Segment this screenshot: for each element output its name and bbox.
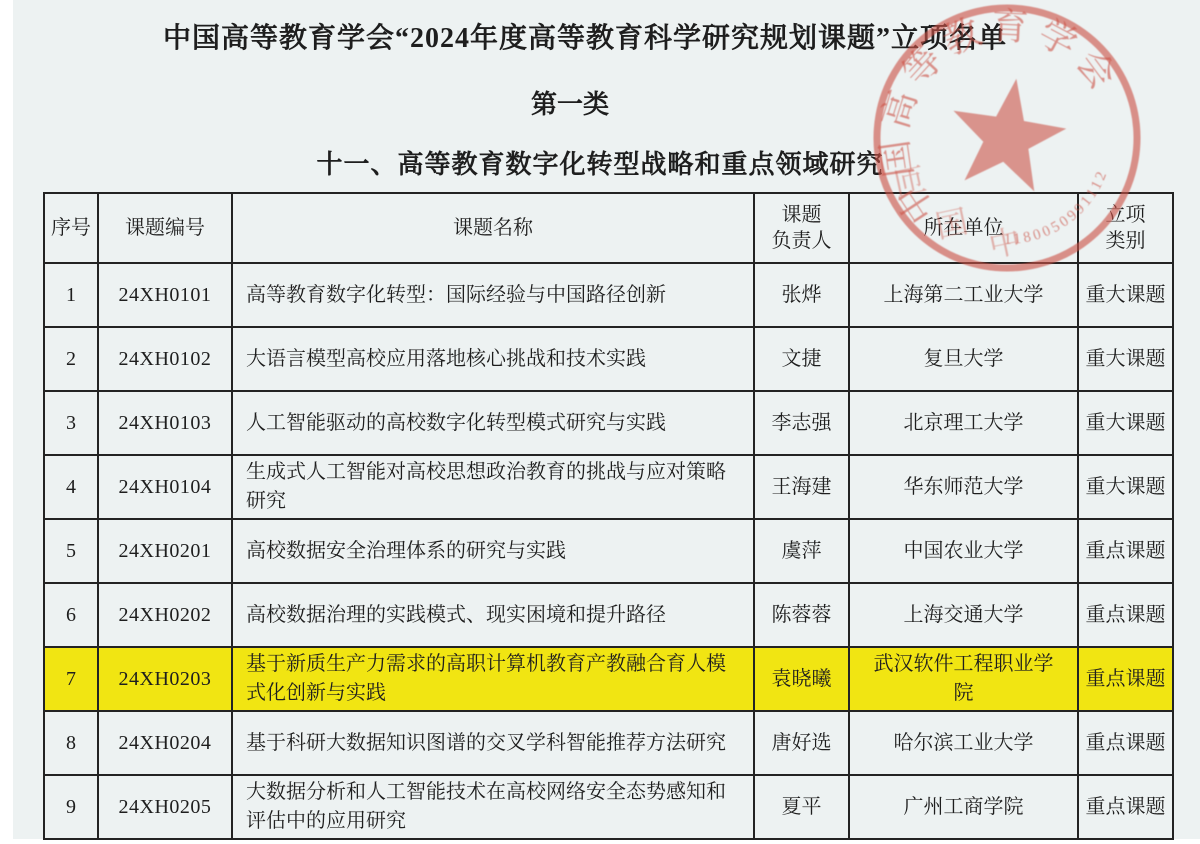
table-header-row: 序号 课题编号 课题名称 课题 负责人 所在单位 立项 类别 <box>44 193 1173 263</box>
cell-category: 重点课题 <box>1078 647 1173 711</box>
cell-title: 生成式人工智能对高校思想政治教育的挑战与应对策略研究 <box>232 455 754 519</box>
table-row: 3 24XH0103 人工智能驱动的高校数字化转型模式研究与实践 李志强 北京理… <box>44 391 1173 455</box>
cell-leader: 李志强 <box>754 391 849 455</box>
cell-code: 24XH0101 <box>98 263 232 327</box>
cell-institution: 中国农业大学 <box>849 519 1078 583</box>
table-header: 序号 课题编号 课题名称 课题 负责人 所在单位 立项 类别 <box>44 193 1173 263</box>
cell-no: 9 <box>44 775 98 839</box>
cell-title: 高等教育数字化转型：国际经验与中国路径创新 <box>232 263 754 327</box>
cell-no: 7 <box>44 647 98 711</box>
header-title: 课题名称 <box>232 193 754 263</box>
cell-leader: 文捷 <box>754 327 849 391</box>
cell-title: 基于新质生产力需求的高职计算机教育产教融合育人模式化创新与实践 <box>232 647 754 711</box>
cell-category: 重点课题 <box>1078 775 1173 839</box>
table-row: 8 24XH0204 基于科研大数据知识图谱的交叉学科智能推荐方法研究 唐好选 … <box>44 711 1173 775</box>
cell-code: 24XH0204 <box>98 711 232 775</box>
cell-no: 2 <box>44 327 98 391</box>
cell-no: 4 <box>44 455 98 519</box>
cell-institution: 复旦大学 <box>849 327 1078 391</box>
cell-title: 人工智能驱动的高校数字化转型模式研究与实践 <box>232 391 754 455</box>
cell-category: 重点课题 <box>1078 583 1173 647</box>
scanned-document-page: 中国高等教育学会“2024年度高等教育科学研究规划课题”立项名单 第一类 十一、… <box>0 0 1200 844</box>
table-row: 2 24XH0102 大语言模型高校应用落地核心挑战和技术实践 文捷 复旦大学 … <box>44 327 1173 391</box>
cell-leader: 陈蓉蓉 <box>754 583 849 647</box>
table-row: 1 24XH0101 高等教育数字化转型：国际经验与中国路径创新 张烨 上海第二… <box>44 263 1173 327</box>
cell-title: 高校数据治理的实践模式、现实困境和提升路径 <box>232 583 754 647</box>
cell-code: 24XH0205 <box>98 775 232 839</box>
cell-code: 24XH0203 <box>98 647 232 711</box>
cell-leader: 袁晓曦 <box>754 647 849 711</box>
cell-leader: 夏平 <box>754 775 849 839</box>
cell-code: 24XH0103 <box>98 391 232 455</box>
cell-institution: 武汉软件工程职业学院 <box>849 647 1078 711</box>
table-row: 9 24XH0205 大数据分析和人工智能技术在高校网络安全态势感知和评估中的应… <box>44 775 1173 839</box>
cell-code: 24XH0202 <box>98 583 232 647</box>
table-row-highlighted: 7 24XH0203 基于新质生产力需求的高职计算机教育产教融合育人模式化创新与… <box>44 647 1173 711</box>
header-code: 课题编号 <box>98 193 232 263</box>
cell-institution: 广州工商学院 <box>849 775 1078 839</box>
cell-code: 24XH0201 <box>98 519 232 583</box>
cell-code: 24XH0104 <box>98 455 232 519</box>
cell-title: 基于科研大数据知识图谱的交叉学科智能推荐方法研究 <box>232 711 754 775</box>
cell-institution: 上海第二工业大学 <box>849 263 1078 327</box>
table-row: 5 24XH0201 高校数据安全治理体系的研究与实践 虞萍 中国农业大学 重点… <box>44 519 1173 583</box>
cell-title: 大语言模型高校应用落地核心挑战和技术实践 <box>232 327 754 391</box>
cell-code: 24XH0102 <box>98 327 232 391</box>
header-category: 立项 类别 <box>1078 193 1173 263</box>
cell-category: 重大课题 <box>1078 391 1173 455</box>
document-title: 中国高等教育学会“2024年度高等教育科学研究规划课题”立项名单 <box>0 16 1170 56</box>
cell-no: 8 <box>44 711 98 775</box>
table-body: 1 24XH0101 高等教育数字化转型：国际经验与中国路径创新 张烨 上海第二… <box>44 263 1173 839</box>
cell-title: 高校数据安全治理体系的研究与实践 <box>232 519 754 583</box>
cell-leader: 虞萍 <box>754 519 849 583</box>
cell-institution: 北京理工大学 <box>849 391 1078 455</box>
table-row: 4 24XH0104 生成式人工智能对高校思想政治教育的挑战与应对策略研究 王海… <box>44 455 1173 519</box>
cell-no: 6 <box>44 583 98 647</box>
cell-category: 重点课题 <box>1078 711 1173 775</box>
project-table: 序号 课题编号 课题名称 课题 负责人 所在单位 立项 类别 1 24XH010… <box>43 192 1174 840</box>
header-leader: 课题 负责人 <box>754 193 849 263</box>
cell-no: 5 <box>44 519 98 583</box>
cell-leader: 王海建 <box>754 455 849 519</box>
cell-category: 重大课题 <box>1078 327 1173 391</box>
scan-edge-left <box>0 0 13 844</box>
cell-leader: 张烨 <box>754 263 849 327</box>
cell-category: 重点课题 <box>1078 519 1173 583</box>
cell-category: 重大课题 <box>1078 263 1173 327</box>
header-no: 序号 <box>44 193 98 263</box>
document-subtitle: 第一类 <box>0 84 1140 121</box>
cell-no: 1 <box>44 263 98 327</box>
cell-leader: 唐好选 <box>754 711 849 775</box>
cell-no: 3 <box>44 391 98 455</box>
cell-institution: 华东师范大学 <box>849 455 1078 519</box>
cell-category: 重大课题 <box>1078 455 1173 519</box>
section-heading: 十一、高等教育数字化转型战略和重点领域研究 <box>0 144 1200 181</box>
header-institution: 所在单位 <box>849 193 1078 263</box>
cell-title: 大数据分析和人工智能技术在高校网络安全态势感知和评估中的应用研究 <box>232 775 754 839</box>
cell-institution: 上海交通大学 <box>849 583 1078 647</box>
cell-institution: 哈尔滨工业大学 <box>849 711 1078 775</box>
table-row: 6 24XH0202 高校数据治理的实践模式、现实困境和提升路径 陈蓉蓉 上海交… <box>44 583 1173 647</box>
